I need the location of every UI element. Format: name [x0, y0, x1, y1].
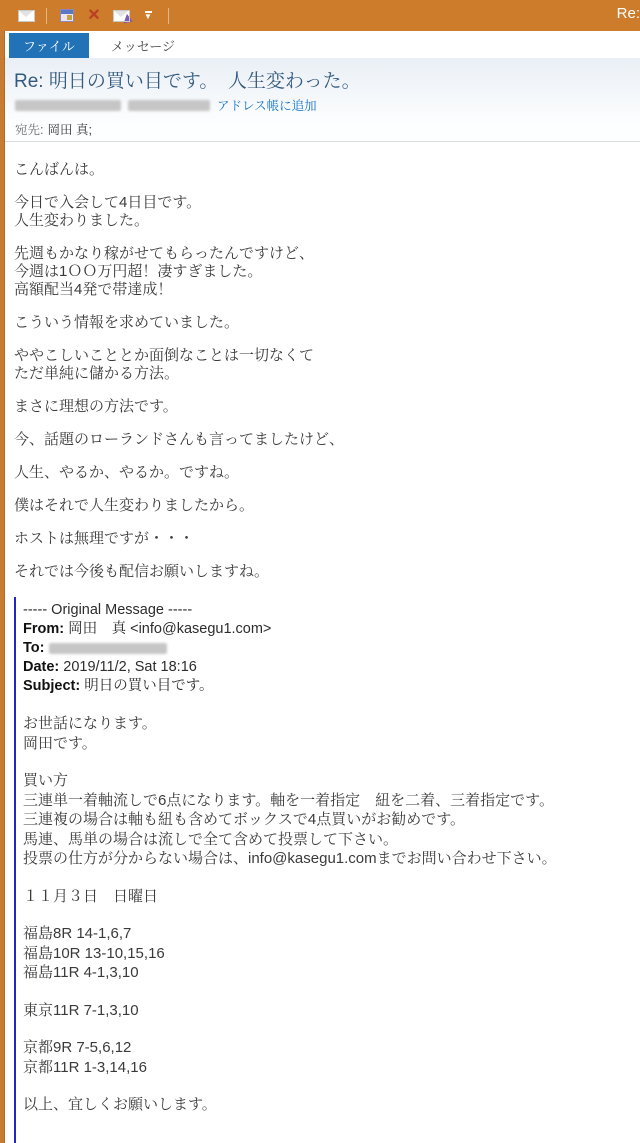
message-window: ✕ ▼ Re: ファイル メッセージ Re: 明日の買い目です。 人生変わった。… — [0, 0, 640, 1143]
body-line: ややこしいこととか面倒なことは一切なくて — [14, 347, 630, 365]
body-line: 僕はそれで人生変わりましたから。 — [14, 497, 630, 515]
add-to-address-book-link[interactable]: アドレス帳に追加 — [217, 96, 317, 114]
body-line: 今週は1ＯＯ万円超！凄すぎました。 — [14, 263, 630, 281]
paragraph: まさに理想の方法です。 — [14, 398, 630, 416]
window-left-border — [0, 31, 5, 1143]
quote-field-label: Subject: — [23, 678, 80, 694]
body-line: こんばんは。 — [14, 161, 630, 179]
quote-line: 買い方 — [23, 771, 630, 791]
paragraph: こんばんは。 — [14, 161, 630, 179]
reply-icon[interactable] — [111, 7, 131, 25]
to-label: 宛先: — [15, 123, 43, 137]
tab-message[interactable]: メッセージ — [97, 33, 189, 58]
body-line: まさに理想の方法です。 — [14, 398, 630, 416]
paragraph: お世話になります。岡田です。 — [23, 714, 630, 753]
quote-line: 投票の仕方が分からない場合は、info@kasegu1.comまでお問い合わせ下… — [23, 849, 630, 869]
message-body: こんばんは。今日で入会して4日目です。人生変わりました。先週もかなり稼がせてもら… — [5, 143, 640, 1143]
envelope-glyph — [113, 10, 130, 22]
quote-line: お世話になります。 — [23, 714, 630, 734]
quote-line: 岡田です。 — [23, 734, 630, 754]
delete-x-glyph: ✕ — [87, 8, 100, 24]
paragraph: 人生、やるか、やるか。ですね。 — [14, 464, 630, 482]
save-glyph — [60, 9, 74, 22]
body-line: こういう情報を求めていました。 — [14, 314, 630, 332]
delete-icon[interactable]: ✕ — [84, 7, 104, 25]
redacted-to-address — [49, 643, 167, 654]
quote-field-row: Date:2019/11/2, Sat 18:16 — [23, 658, 630, 677]
quote-field-value: 岡田 真 <info@kasegu1.com> — [68, 621, 271, 637]
subject-line: Re: 明日の買い目です。 人生変わった。 — [14, 66, 361, 93]
qat-dropdown-icon[interactable]: ▼ — [138, 7, 158, 25]
quote-line: 京都9R 7-5,6,12 — [23, 1038, 630, 1058]
original-message-separator: ----- Original Message ----- — [23, 601, 630, 620]
tab-file[interactable]: ファイル — [9, 33, 89, 58]
quote-field-row: Subject:明日の買い目です。 — [23, 677, 630, 696]
envelope-glyph — [18, 10, 35, 22]
paragraph: 以上、宜しくお願いします。 — [23, 1095, 630, 1115]
quote-field-value: 明日の買い目です。 — [84, 678, 213, 694]
paragraph: それでは今後も配信お願いしますね。 — [14, 563, 630, 581]
to-line: 宛先:岡田 真; — [15, 120, 92, 138]
paragraph: 買い方三連単一着軸流しで6点になります。軸を一着指定 紐を二着、三着指定です。三… — [23, 771, 630, 869]
body-paragraphs: こんばんは。今日で入会して4日目です。人生変わりました。先週もかなり稼がせてもら… — [14, 161, 630, 581]
quote-paragraphs: お世話になります。岡田です。買い方三連単一着軸流しで6点になります。軸を一着指定… — [23, 714, 630, 1115]
quote-line: １１月３日 日曜日 — [23, 887, 630, 907]
paragraph: 僕はそれで人生変わりましたから。 — [14, 497, 630, 515]
toolbar-separator — [168, 8, 169, 24]
save-icon[interactable] — [57, 7, 77, 25]
quote-line: 馬連、馬単の場合は流しで全て含めて投票して下さい。 — [23, 830, 630, 850]
body-line: 人生変わりました。 — [14, 212, 630, 230]
quote-line: 京都11R 1-3,14,16 — [23, 1058, 630, 1078]
quote-line: 三連単一着軸流しで6点になります。軸を一着指定 紐を二着、三着指定です。 — [23, 791, 630, 811]
window-title: Re: — [617, 5, 640, 22]
paragraph: 京都9R 7-5,6,12京都11R 1-3,14,16 — [23, 1038, 630, 1077]
body-line: 今、話題のローランドさんも言ってましたけど、 — [14, 431, 630, 449]
quote-field-row: From:岡田 真 <info@kasegu1.com> — [23, 620, 630, 639]
quote-line: 福島8R 14-1,6,7 — [23, 924, 630, 944]
body-line: 今日で入会して4日目です。 — [14, 194, 630, 212]
body-line: 高額配当4発で帯達成！ — [14, 281, 630, 299]
quote-field-row: To: — [23, 639, 630, 658]
reply-arrow-glyph — [123, 13, 134, 25]
quote-line: 福島10R 13-10,15,16 — [23, 944, 630, 964]
chevron-down-icon: ▼ — [144, 14, 152, 20]
quote-line: 東京11R 7-1,3,10 — [23, 1001, 630, 1021]
quote-fields: From:岡田 真 <info@kasegu1.com>To:Date:2019… — [23, 620, 630, 696]
paragraph: 今、話題のローランドさんも言ってましたけど、 — [14, 431, 630, 449]
quoted-original-message: ----- Original Message ----- From:岡田 真 <… — [14, 597, 630, 1143]
body-line: 人生、やるか、やるか。ですね。 — [14, 464, 630, 482]
paragraph: こういう情報を求めていました。 — [14, 314, 630, 332]
quote-line: 福島11R 4-1,3,10 — [23, 963, 630, 983]
ribbon-tab-bar: ファイル メッセージ — [5, 31, 640, 58]
paragraph: １１月３日 日曜日 — [23, 887, 630, 907]
redacted-from-name — [128, 100, 210, 111]
paragraph: 今日で入会して4日目です。人生変わりました。 — [14, 194, 630, 230]
quote-line: 以上、宜しくお願いします。 — [23, 1095, 630, 1115]
paragraph: ややこしいこととか面倒なことは一切なくてただ単純に儲かる方法。 — [14, 347, 630, 383]
body-line: ただ単純に儲かる方法。 — [14, 365, 630, 383]
quote-field-value: 2019/11/2, Sat 18:16 — [63, 659, 197, 675]
quote-line: 三連複の場合は軸も紐も含めてボックスで4点買いがお勧めです。 — [23, 810, 630, 830]
quote-field-label: To: — [23, 640, 44, 656]
quote-field-label: Date: — [23, 659, 59, 675]
body-line: 先週もかなり稼がせてもらったんですけど、 — [14, 245, 630, 263]
paragraph: 先週もかなり稼がせてもらったんですけど、今週は1ＯＯ万円超！凄すぎました。高額配… — [14, 245, 630, 299]
redacted-from-address — [15, 100, 121, 111]
toolbar-separator — [46, 8, 47, 24]
mail-icon[interactable] — [16, 7, 36, 25]
body-line: ホストは無理ですが・・・ — [14, 530, 630, 548]
paragraph: 福島8R 14-1,6,7福島10R 13-10,15,16福島11R 4-1,… — [23, 924, 630, 983]
quote-field-label: From: — [23, 621, 64, 637]
paragraph: ホストは無理ですが・・・ — [14, 530, 630, 548]
paragraph: 東京11R 7-1,3,10 — [23, 1001, 630, 1021]
from-line: アドレス帳に追加 — [15, 98, 317, 112]
body-line: それでは今後も配信お願いしますね。 — [14, 563, 630, 581]
quick-access-toolbar: ✕ ▼ — [16, 7, 172, 25]
to-value: 岡田 真; — [47, 123, 91, 137]
message-header: Re: 明日の買い目です。 人生変わった。 アドレス帳に追加 宛先:岡田 真; — [5, 58, 640, 142]
title-bar: ✕ ▼ Re: — [0, 0, 640, 31]
